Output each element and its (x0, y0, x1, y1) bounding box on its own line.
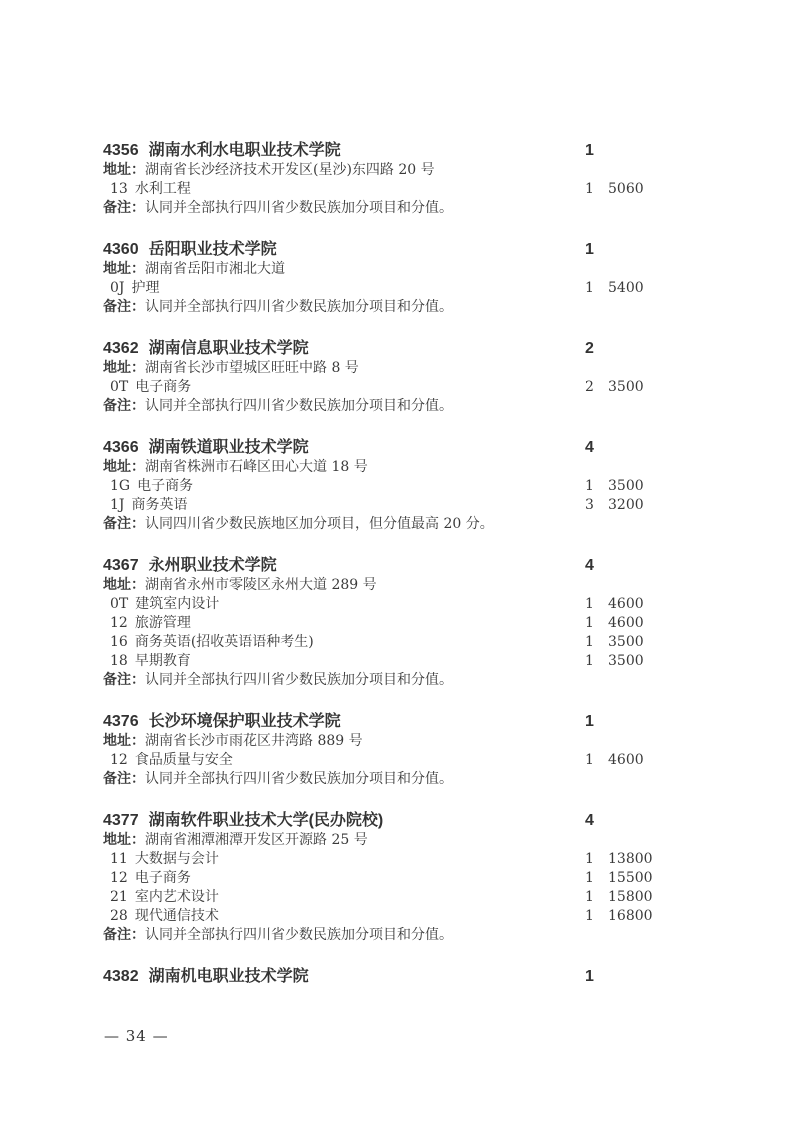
major-code: 12 (110, 615, 128, 631)
school-remark-row: 备注：认同并全部执行四川省少数民族加分项目和分值。 (103, 770, 691, 789)
major-fee: 3500 (608, 378, 644, 397)
school-block: 4382湖南机电职业技术学院 1 (103, 967, 691, 987)
school-plan-count: 2 (585, 339, 594, 359)
major-count: 3 (585, 496, 594, 515)
school-list: 4356湖南水利水电职业技术学院 1 地址：湖南省长沙经济技术开发区(星沙)东四… (103, 141, 691, 1009)
school-name: 湖南软件职业技术大学(民办院校) (149, 812, 384, 829)
address-label: 地址： (103, 832, 145, 848)
major-row: 13水利工程 1 5060 (103, 180, 691, 199)
remark-text: 认同并全部执行四川省少数民族加分项目和分值。 (145, 299, 453, 315)
major-row: 1G电子商务 1 3500 (103, 477, 691, 496)
major-row: 12食品质量与安全 1 4600 (103, 751, 691, 770)
school-name: 湖南信息职业技术学院 (149, 340, 309, 357)
school-code: 4367 (103, 557, 139, 574)
major-code: 1G (110, 478, 130, 494)
school-plan-count: 1 (585, 712, 594, 732)
major-rows: 0J护理 1 5400 (103, 279, 691, 298)
address-text: 湖南省湘潭湘潭开发区开源路 25 号 (145, 832, 368, 848)
major-count: 1 (585, 614, 594, 633)
school-plan-count: 4 (585, 438, 594, 458)
major-row: 0T电子商务 2 3500 (103, 378, 691, 397)
address-text: 湖南省岳阳市湘北大道 (145, 261, 285, 277)
remark-label: 备注： (103, 771, 145, 787)
major-row: 16商务英语(招收英语语种考生) 1 3500 (103, 633, 691, 652)
remark-label: 备注： (103, 200, 145, 216)
major-count: 1 (585, 850, 594, 869)
major-code: 28 (110, 908, 128, 924)
address-label: 地址： (103, 360, 145, 376)
school-name: 永州职业技术学院 (149, 557, 277, 574)
school-title-row: 4362湖南信息职业技术学院 2 (103, 339, 691, 359)
school-address-row: 地址：湖南省湘潭湘潭开发区开源路 25 号 (103, 831, 691, 850)
major-count: 1 (585, 477, 594, 496)
major-fee: 3500 (608, 652, 644, 671)
page-number: — 34 — (104, 1026, 169, 1046)
school-code: 4356 (103, 142, 139, 159)
major-code: 0J (110, 280, 125, 296)
major-code: 0T (110, 379, 128, 395)
major-count: 1 (585, 633, 594, 652)
major-fee: 15800 (608, 888, 653, 907)
remark-text: 认同并全部执行四川省少数民族加分项目和分值。 (145, 927, 453, 943)
school-address-row: 地址：湖南省长沙市望城区旺旺中路 8 号 (103, 359, 691, 378)
major-name: 商务英语(招收英语语种考生) (135, 634, 314, 650)
major-fee: 4600 (608, 614, 644, 633)
major-code: 18 (110, 653, 128, 669)
address-label: 地址： (103, 733, 145, 749)
major-count: 2 (585, 378, 594, 397)
address-text: 湖南省长沙市雨花区井湾路 889 号 (145, 733, 363, 749)
major-count: 1 (585, 888, 594, 907)
remark-label: 备注： (103, 398, 145, 414)
school-code: 4382 (103, 968, 139, 985)
school-plan-count: 1 (585, 141, 594, 161)
major-fee: 13800 (608, 850, 653, 869)
school-code: 4362 (103, 340, 139, 357)
remark-text: 认同四川省少数民族地区加分项目，但分值最高 20 分。 (145, 516, 494, 532)
remark-text: 认同并全部执行四川省少数民族加分项目和分值。 (145, 398, 453, 414)
school-title-row: 4382湖南机电职业技术学院 1 (103, 967, 691, 987)
school-block: 4366湖南铁道职业技术学院 4 地址：湖南省株洲市石峰区田心大道 18 号 1… (103, 438, 691, 534)
school-remark-row: 备注：认同并全部执行四川省少数民族加分项目和分值。 (103, 926, 691, 945)
school-name: 长沙环境保护职业技术学院 (149, 713, 341, 730)
school-name: 湖南铁道职业技术学院 (149, 439, 309, 456)
major-name: 室内艺术设计 (135, 889, 219, 905)
major-code: 21 (110, 889, 128, 905)
major-name: 现代通信技术 (135, 908, 219, 924)
major-code: 13 (110, 181, 128, 197)
school-code: 4376 (103, 713, 139, 730)
remark-text: 认同并全部执行四川省少数民族加分项目和分值。 (145, 200, 453, 216)
major-rows: 0T电子商务 2 3500 (103, 378, 691, 397)
major-rows: 12食品质量与安全 1 4600 (103, 751, 691, 770)
major-name: 食品质量与安全 (135, 752, 233, 768)
major-name: 电子商务 (137, 478, 193, 494)
school-title-row: 4366湖南铁道职业技术学院 4 (103, 438, 691, 458)
major-fee: 15500 (608, 869, 653, 888)
major-code: 12 (110, 870, 128, 886)
address-text: 湖南省长沙市望城区旺旺中路 8 号 (145, 360, 359, 376)
school-title-row: 4377湖南软件职业技术大学(民办院校) 4 (103, 811, 691, 831)
major-row: 11大数据与会计 1 13800 (103, 850, 691, 869)
school-code: 4360 (103, 241, 139, 258)
school-title-row: 4360岳阳职业技术学院 1 (103, 240, 691, 260)
major-row: 0J护理 1 5400 (103, 279, 691, 298)
school-remark-row: 备注：认同并全部执行四川省少数民族加分项目和分值。 (103, 199, 691, 218)
school-address-row: 地址：湖南省岳阳市湘北大道 (103, 260, 691, 279)
major-count: 1 (585, 180, 594, 199)
major-fee: 16800 (608, 907, 653, 926)
school-block: 4360岳阳职业技术学院 1 地址：湖南省岳阳市湘北大道 0J护理 1 5400… (103, 240, 691, 317)
major-count: 1 (585, 595, 594, 614)
school-plan-count: 4 (585, 811, 594, 831)
school-address-row: 地址：湖南省永州市零陵区永州大道 289 号 (103, 576, 691, 595)
remark-label: 备注： (103, 672, 145, 688)
major-name: 建筑室内设计 (135, 596, 219, 612)
school-name: 湖南机电职业技术学院 (149, 968, 309, 985)
remark-text: 认同并全部执行四川省少数民族加分项目和分值。 (145, 672, 453, 688)
school-plan-count: 4 (585, 556, 594, 576)
school-remark-row: 备注：认同并全部执行四川省少数民族加分项目和分值。 (103, 671, 691, 690)
major-row: 12旅游管理 1 4600 (103, 614, 691, 633)
address-text: 湖南省长沙经济技术开发区(星沙)东四路 20 号 (145, 162, 435, 178)
major-row: 21室内艺术设计 1 15800 (103, 888, 691, 907)
major-rows: 1G电子商务 1 3500 1J商务英语 3 3200 (103, 477, 691, 515)
remark-label: 备注： (103, 927, 145, 943)
school-block: 4367永州职业技术学院 4 地址：湖南省永州市零陵区永州大道 289 号 0T… (103, 556, 691, 690)
remark-label: 备注： (103, 516, 145, 532)
school-block: 4377湖南软件职业技术大学(民办院校) 4 地址：湖南省湘潭湘潭开发区开源路 … (103, 811, 691, 945)
school-name: 岳阳职业技术学院 (149, 241, 277, 258)
school-block: 4356湖南水利水电职业技术学院 1 地址：湖南省长沙经济技术开发区(星沙)东四… (103, 141, 691, 218)
major-code: 1J (110, 497, 125, 513)
school-code: 4377 (103, 812, 139, 829)
major-name: 电子商务 (135, 379, 191, 395)
school-remark-row: 备注：认同并全部执行四川省少数民族加分项目和分值。 (103, 298, 691, 317)
school-code: 4366 (103, 439, 139, 456)
major-name: 电子商务 (135, 870, 191, 886)
remark-label: 备注： (103, 299, 145, 315)
major-code: 0T (110, 596, 128, 612)
school-address-row: 地址：湖南省长沙经济技术开发区(星沙)东四路 20 号 (103, 161, 691, 180)
major-name: 早期教育 (135, 653, 191, 669)
address-label: 地址： (103, 577, 145, 593)
document-page: 4356湖南水利水电职业技术学院 1 地址：湖南省长沙经济技术开发区(星沙)东四… (0, 0, 794, 1123)
address-text: 湖南省永州市零陵区永州大道 289 号 (145, 577, 377, 593)
major-rows: 0T建筑室内设计 1 4600 12旅游管理 1 4600 16商务英语(招收英… (103, 595, 691, 671)
remark-text: 认同并全部执行四川省少数民族加分项目和分值。 (145, 771, 453, 787)
major-code: 11 (110, 851, 128, 867)
address-text: 湖南省株洲市石峰区田心大道 18 号 (145, 459, 368, 475)
major-fee: 5060 (608, 180, 644, 199)
major-name: 护理 (132, 280, 160, 296)
school-title-row: 4376长沙环境保护职业技术学院 1 (103, 712, 691, 732)
major-fee: 3500 (608, 477, 644, 496)
major-code: 16 (110, 634, 128, 650)
school-plan-count: 1 (585, 967, 594, 987)
major-row: 1J商务英语 3 3200 (103, 496, 691, 515)
major-count: 1 (585, 279, 594, 298)
major-fee: 4600 (608, 751, 644, 770)
school-plan-count: 1 (585, 240, 594, 260)
major-row: 12电子商务 1 15500 (103, 869, 691, 888)
school-block: 4376长沙环境保护职业技术学院 1 地址：湖南省长沙市雨花区井湾路 889 号… (103, 712, 691, 789)
major-count: 1 (585, 907, 594, 926)
major-name: 水利工程 (135, 181, 191, 197)
school-remark-row: 备注：认同并全部执行四川省少数民族加分项目和分值。 (103, 397, 691, 416)
major-row: 28现代通信技术 1 16800 (103, 907, 691, 926)
major-row: 0T建筑室内设计 1 4600 (103, 595, 691, 614)
major-rows: 11大数据与会计 1 13800 12电子商务 1 15500 21室内艺术设计… (103, 850, 691, 926)
major-fee: 3500 (608, 633, 644, 652)
major-fee: 5400 (608, 279, 644, 298)
address-label: 地址： (103, 162, 145, 178)
major-name: 商务英语 (132, 497, 188, 513)
major-code: 12 (110, 752, 128, 768)
school-address-row: 地址：湖南省株洲市石峰区田心大道 18 号 (103, 458, 691, 477)
major-rows: 13水利工程 1 5060 (103, 180, 691, 199)
school-address-row: 地址：湖南省长沙市雨花区井湾路 889 号 (103, 732, 691, 751)
address-label: 地址： (103, 261, 145, 277)
school-block: 4362湖南信息职业技术学院 2 地址：湖南省长沙市望城区旺旺中路 8 号 0T… (103, 339, 691, 416)
school-name: 湖南水利水电职业技术学院 (149, 142, 341, 159)
school-remark-row: 备注：认同四川省少数民族地区加分项目，但分值最高 20 分。 (103, 515, 691, 534)
major-fee: 4600 (608, 595, 644, 614)
major-count: 1 (585, 652, 594, 671)
school-title-row: 4356湖南水利水电职业技术学院 1 (103, 141, 691, 161)
address-label: 地址： (103, 459, 145, 475)
school-title-row: 4367永州职业技术学院 4 (103, 556, 691, 576)
major-count: 1 (585, 869, 594, 888)
major-count: 1 (585, 751, 594, 770)
major-row: 18早期教育 1 3500 (103, 652, 691, 671)
major-fee: 3200 (608, 496, 644, 515)
major-name: 大数据与会计 (135, 851, 219, 867)
major-name: 旅游管理 (135, 615, 191, 631)
